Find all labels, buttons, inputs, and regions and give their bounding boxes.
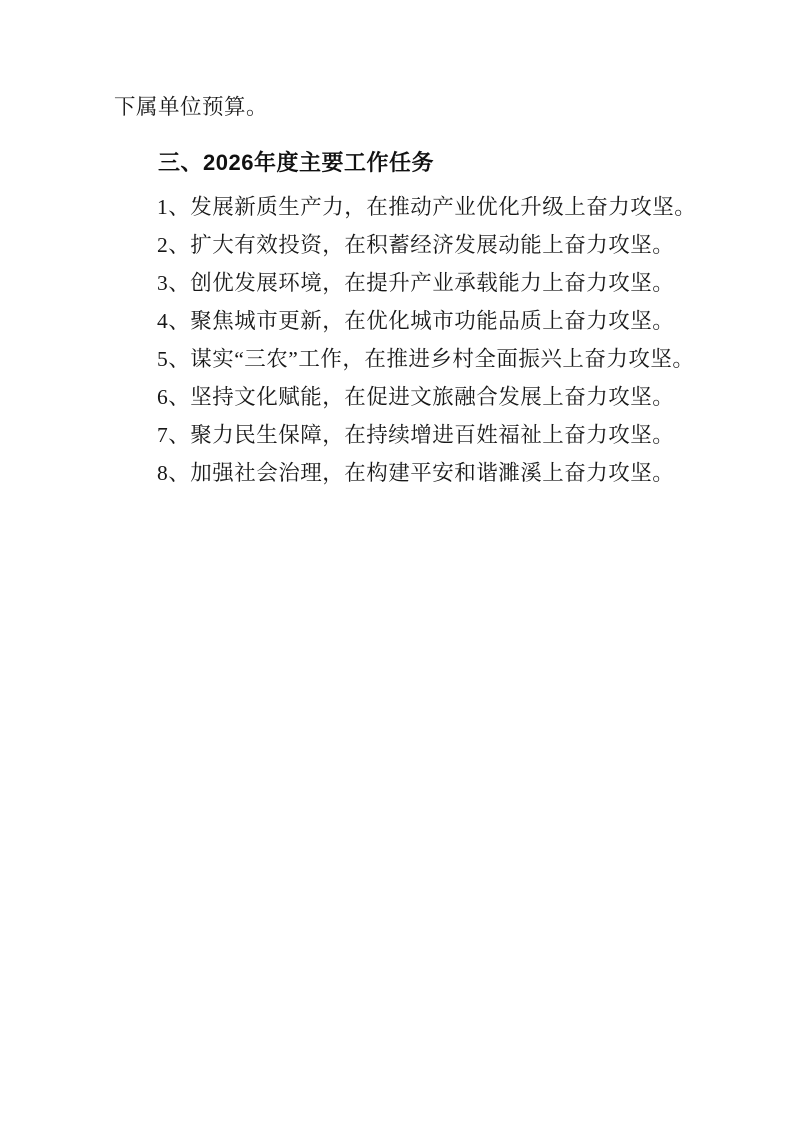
section-heading: 三、2026年度主要工作任务 — [114, 148, 686, 178]
task-item-3: 3、创优发展环境，在提升产业承载能力上奋力攻坚。 — [114, 264, 686, 302]
task-item-1: 1、发展新质生产力，在推动产业优化升级上奋力攻坚。 — [114, 188, 686, 226]
paragraph-continuation: 下属单位预算。 — [114, 88, 686, 126]
document-page: 下属单位预算。 三、2026年度主要工作任务 1、发展新质生产力，在推动产业优化… — [0, 0, 794, 1122]
task-item-2: 2、扩大有效投资，在积蓄经济发展动能上奋力攻坚。 — [114, 226, 686, 264]
task-item-4: 4、聚焦城市更新，在优化城市功能品质上奋力攻坚。 — [114, 302, 686, 340]
task-item-8: 8、加强社会治理，在构建平安和谐濉溪上奋力攻坚。 — [114, 454, 686, 492]
task-item-7: 7、聚力民生保障，在持续增进百姓福祉上奋力攻坚。 — [114, 416, 686, 454]
task-item-6: 6、坚持文化赋能，在促进文旅融合发展上奋力攻坚。 — [114, 378, 686, 416]
task-item-5: 5、谋实“三农”工作，在推进乡村全面振兴上奋力攻坚。 — [114, 340, 686, 378]
